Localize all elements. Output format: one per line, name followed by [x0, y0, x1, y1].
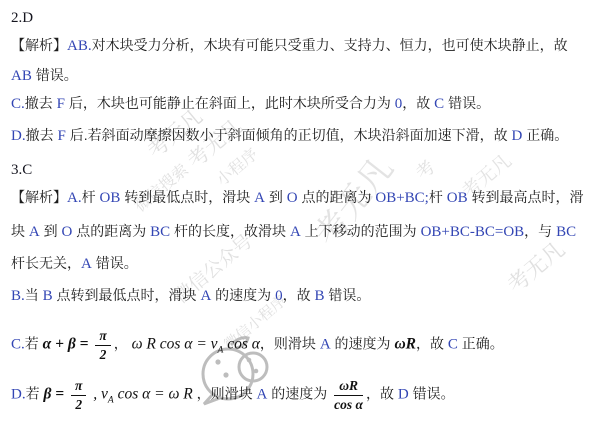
text-segment: OB+BC;: [375, 190, 428, 206]
text-segment: 错误。: [32, 67, 78, 83]
text-segment: 到: [265, 189, 287, 205]
text-segment: ，故: [366, 386, 398, 402]
text-segment: 【解析】: [11, 37, 67, 53]
text-line-2: 【解析】AB.对木块受力分析，木块有可能只受重力、支持力、恒力，也可使木块静止，…: [11, 36, 568, 56]
text-segment: 后.若斜面动摩擦因数小于斜面倾角的正切值，木块沿斜面加速下滑，故: [66, 127, 512, 143]
text-segment: A: [320, 337, 331, 353]
text-line-10: B.当 B 点转到最低点时，滑块 A 的速度为 0，故 B 错误。: [11, 286, 370, 306]
text-segment: AB.: [67, 38, 92, 54]
text-segment: 【解析】: [11, 189, 67, 205]
text-segment: AB: [11, 68, 32, 84]
text-segment: ，故: [283, 287, 315, 303]
text-segment: F: [57, 96, 65, 112]
text-segment: B: [314, 288, 324, 304]
text-segment: C.: [11, 337, 25, 353]
text-segment: A: [257, 387, 268, 403]
text-segment: 的速度为: [331, 336, 395, 352]
text-segment: 块: [11, 223, 29, 239]
text-segment: OB: [99, 190, 120, 206]
text-segment: O: [62, 224, 73, 240]
text-segment: 0: [275, 288, 283, 304]
text-segment: 转到最低点时，滑块: [120, 189, 254, 205]
watermark-text: 小程序: [211, 142, 263, 190]
text-segment: C: [448, 337, 458, 353]
text-segment: ，则滑块: [260, 336, 320, 352]
text-line-12: D.若 β = π2 , vA cos α = ω R ，则滑块 A 的速度为 …: [11, 378, 455, 412]
text-line-8: 块 A 到 O 点的距离为 BC 杆的长度，故滑块 A 上下移动的范围为 OB+…: [11, 222, 576, 242]
text-segment: 杆: [429, 189, 447, 205]
text-segment: D: [512, 128, 523, 144]
text-line-11: C.若 α + β = π2， ω R cos α = vA cos α，则滑块…: [11, 328, 504, 362]
text-segment: 若: [25, 336, 43, 352]
text-segment: A: [200, 288, 211, 304]
text-segment: OB: [447, 190, 468, 206]
text-segment: 对木块受力分析，木块有可能只受重力、支持力、恒力，也可使木块静止，故: [92, 37, 568, 53]
text-segment: 正确。: [522, 127, 568, 143]
text-segment: B.: [11, 288, 25, 304]
text-segment: B: [43, 288, 53, 304]
text-segment: α + β =: [43, 336, 93, 353]
text-segment: 的速度为: [267, 386, 331, 402]
text-line-1: 2.D: [11, 8, 33, 28]
text-segment: cos α: [223, 336, 260, 353]
text-segment: 3.C: [11, 162, 32, 178]
text-segment: A: [290, 224, 301, 240]
text-segment: 若: [26, 386, 44, 402]
text-line-6: 3.C: [11, 160, 32, 180]
text-line-4: C.撤去 F 后，木块也可能静止在斜面上，此时木块所受合力为 0，故 C 错误。: [11, 94, 490, 114]
text-segment: OB+BC-BC=OB: [421, 224, 525, 240]
text-segment: ，则滑块: [193, 386, 257, 402]
text-segment: D.: [11, 128, 26, 144]
text-segment: 转到最高点时，滑: [468, 189, 584, 205]
text-segment: A.: [67, 190, 82, 206]
text-segment: O: [287, 190, 298, 206]
text-segment: 当: [25, 287, 43, 303]
text-segment: 点转到最低点时，滑块: [53, 287, 201, 303]
text-segment: β =: [43, 386, 68, 403]
text-segment: 上下移动的范围为: [301, 223, 421, 239]
watermark-text: 考无凡: [500, 233, 570, 299]
text-segment: ωR: [394, 336, 416, 353]
text-segment: ，与: [524, 223, 556, 239]
text-segment: D.: [11, 387, 26, 403]
text-segment: 错误。: [92, 255, 138, 271]
text-segment: 点的距离为: [298, 189, 376, 205]
text-segment: A: [29, 224, 40, 240]
text-segment: ，故: [416, 336, 448, 352]
text-segment: 撤去: [26, 127, 58, 143]
text-segment: A: [254, 190, 265, 206]
text-segment: 的速度为: [211, 287, 275, 303]
text-segment: A: [81, 256, 92, 272]
text-segment: BC: [556, 224, 576, 240]
text-segment: 2.D: [11, 10, 33, 26]
text-segment: 错误。: [409, 386, 455, 402]
text-segment: F: [57, 128, 65, 144]
text-segment: 到: [40, 223, 62, 239]
text-segment: 杆长无关，: [11, 255, 81, 271]
text-segment: ω R cos α = v: [132, 336, 218, 353]
text-segment: 错误。: [324, 287, 370, 303]
document-page: 考无凡考无凡微信搜索小程序考无凡考考无凡微信公众号考无凡微信小程序 2.D【解析…: [0, 0, 614, 439]
text-line-3: AB 错误。: [11, 66, 78, 86]
text-segment: 后，木块也可能静止在斜面上，此时木块所受合力为: [65, 95, 395, 111]
text-segment: C: [434, 96, 444, 112]
text-line-5: D.撤去 F 后.若斜面动摩擦因数小于斜面倾角的正切值，木块沿斜面加速下滑，故 …: [11, 126, 568, 146]
text-segment: ，故: [402, 95, 434, 111]
text-segment: BC: [150, 224, 170, 240]
text-segment: ，: [114, 336, 132, 352]
text-line-7: 【解析】A.杆 OB 转到最低点时，滑块 A 到 O 点的距离为 OB+BC;杆…: [11, 188, 583, 208]
fraction: ωRcos α: [334, 378, 363, 412]
watermark-text: 考: [410, 153, 441, 184]
fraction: π2: [71, 378, 86, 412]
text-segment: 杆的长度，故滑块: [170, 223, 290, 239]
fraction: π2: [95, 328, 110, 362]
text-line-9: 杆长无关，A 错误。: [11, 254, 138, 274]
text-segment: D: [398, 387, 409, 403]
text-segment: , v: [89, 386, 108, 403]
text-segment: 杆: [82, 189, 100, 205]
text-segment: cos α = ω R: [114, 386, 193, 403]
text-segment: C.: [11, 96, 25, 112]
text-segment: 错误。: [444, 95, 490, 111]
text-segment: 点的距离为: [72, 223, 150, 239]
text-segment: 正确。: [458, 336, 504, 352]
text-segment: 撤去: [25, 95, 57, 111]
